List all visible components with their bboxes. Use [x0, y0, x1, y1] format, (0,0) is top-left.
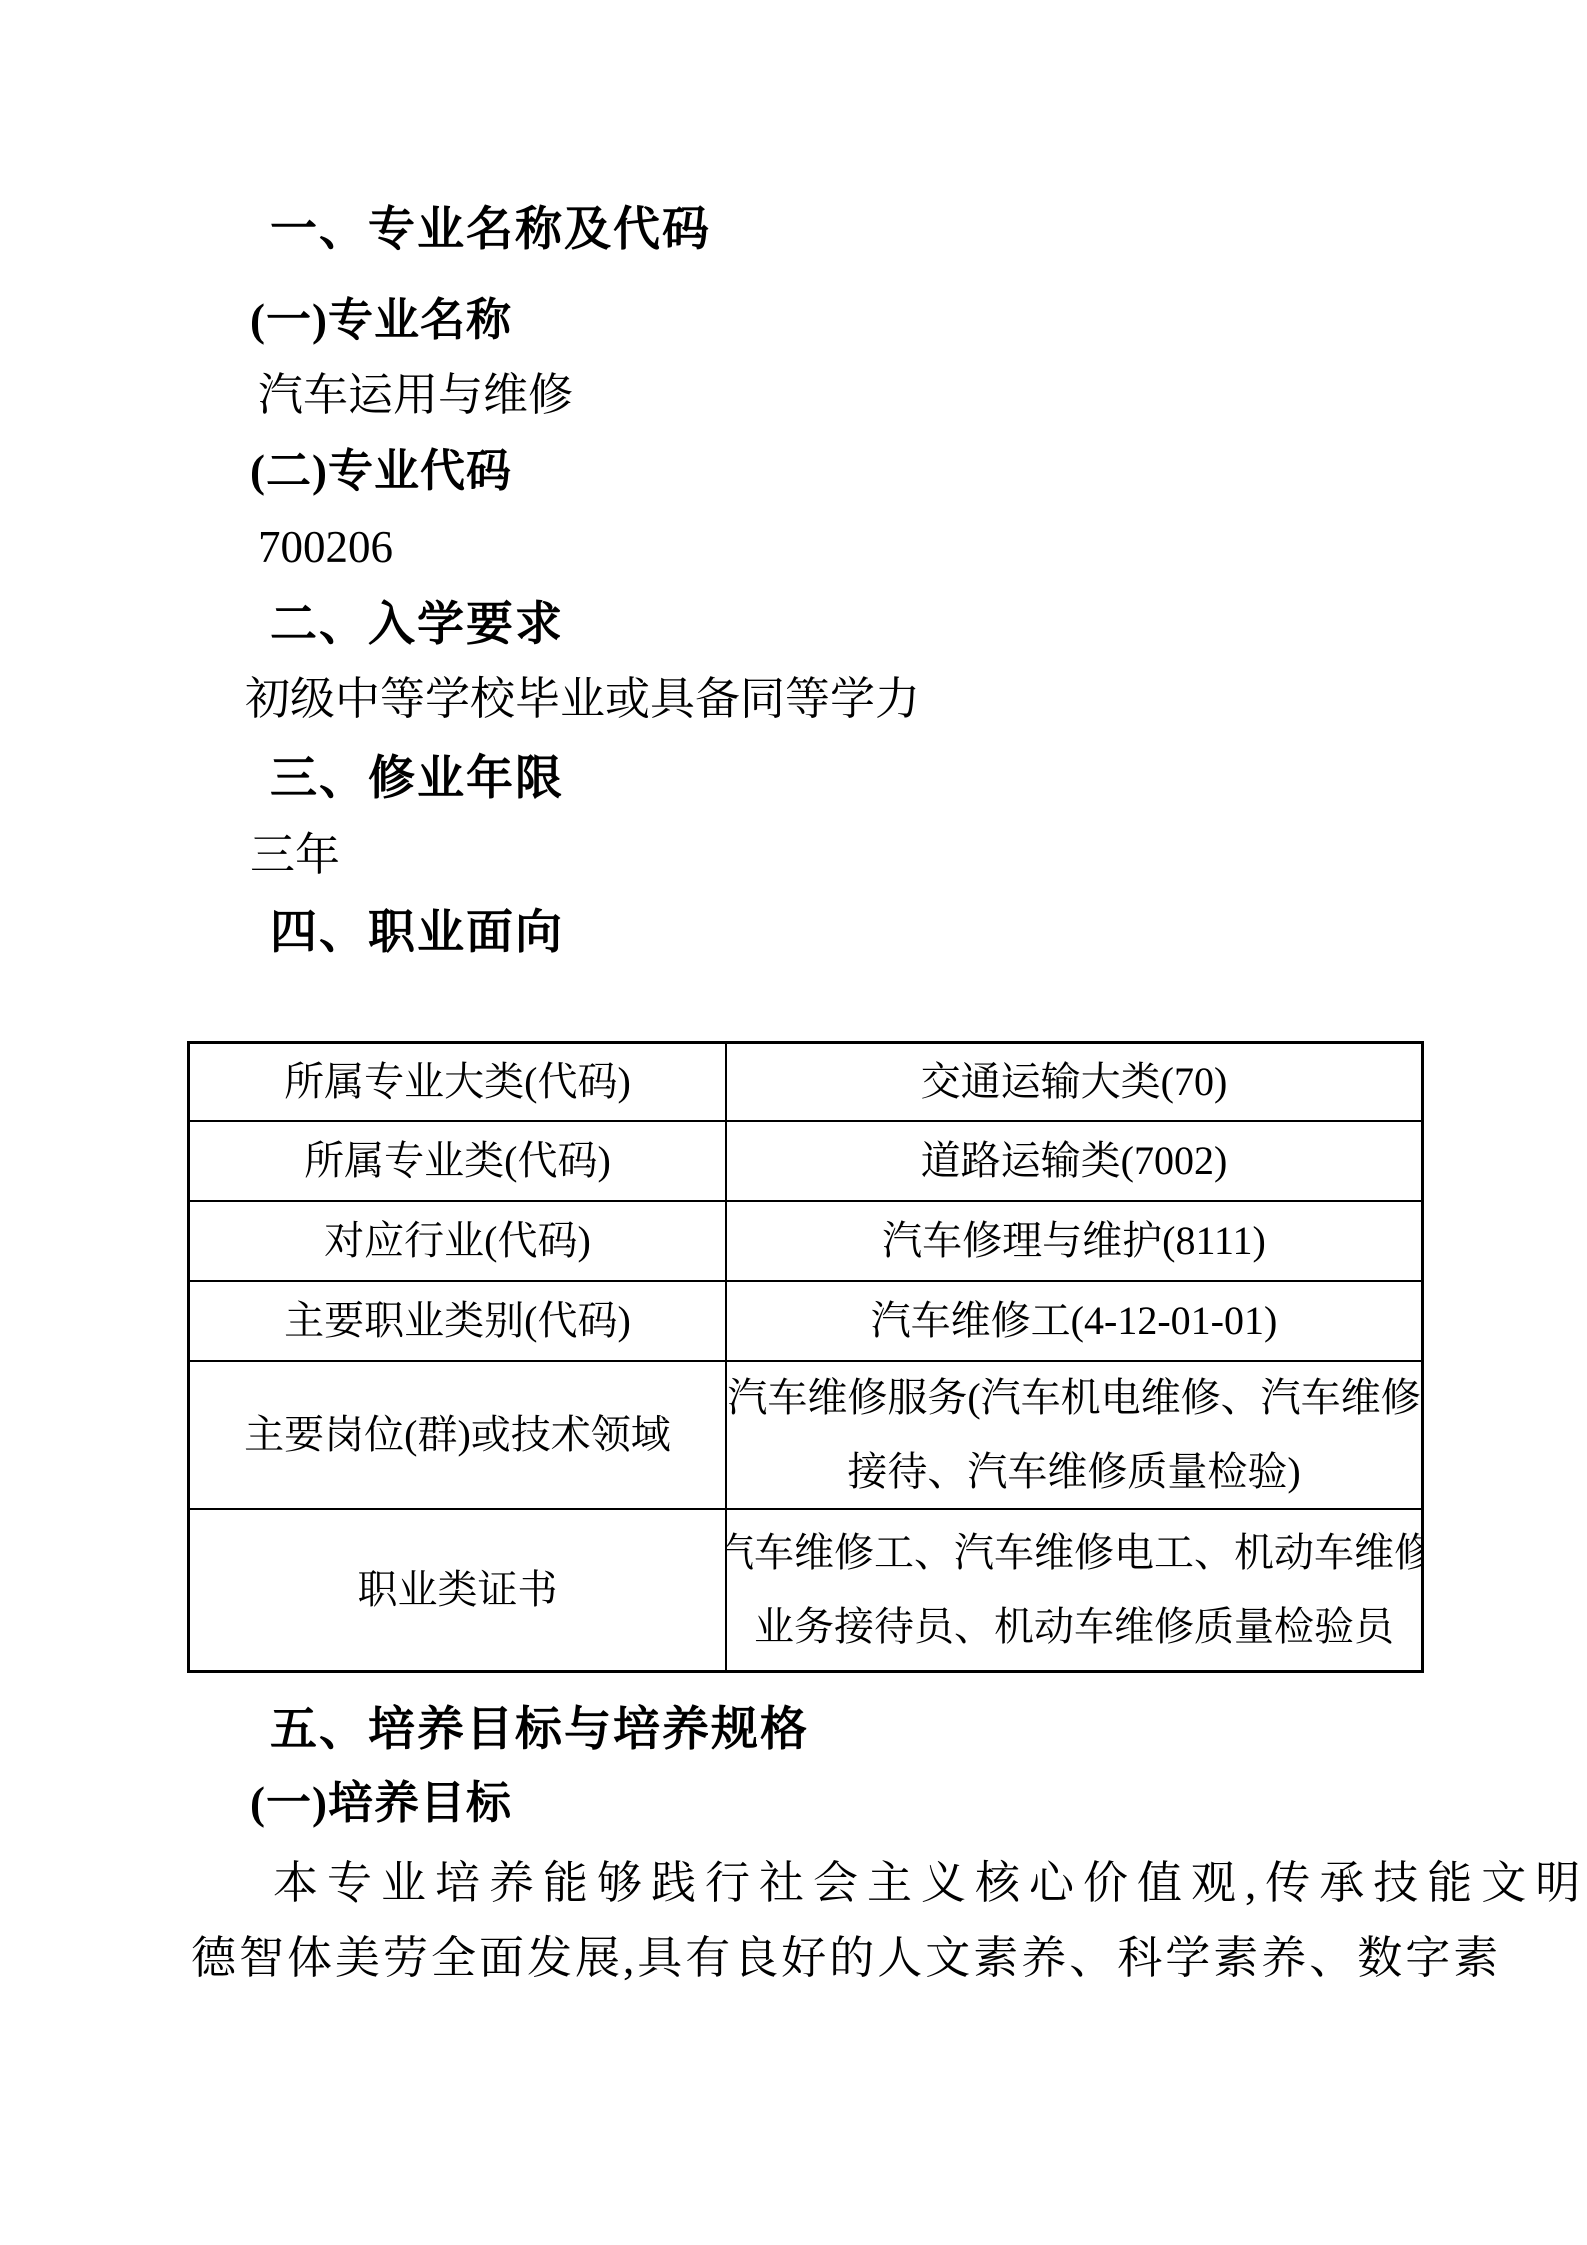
row-value: 汽车维修工、汽车维修电工、机动车维修 业务接待员、机动车维修质量检验员: [727, 1510, 1421, 1670]
paragraph-line: 德智体美劳全面发展,具有良好的人文素养、科学素养、数字素: [191, 1933, 1501, 1983]
row-label: 主要岗位(群)或技术领域: [190, 1362, 727, 1508]
row-label: 所属专业类(代码): [190, 1122, 727, 1200]
section-heading-duration: 三、修业年限: [270, 752, 564, 804]
subsection-heading-name: (一)专业名称: [250, 295, 512, 345]
duration-value: 三年: [250, 830, 340, 880]
row-value: 交通运输大类(70): [727, 1044, 1421, 1120]
row-value: 汽车维修工(4-12-01-01): [727, 1282, 1421, 1360]
table-row: 所属专业大类(代码) 交通运输大类(70): [190, 1044, 1421, 1120]
document-page: 一、专业名称及代码 (一)专业名称 汽车运用与维修 (二)专业代码 700206…: [0, 0, 1587, 2245]
row-value: 道路运输类(7002): [727, 1122, 1421, 1200]
paragraph-line: 本专业培养能够践行社会主义核心价值观,传承技能文明,: [273, 1858, 1587, 1908]
section-heading-career: 四、职业面向: [270, 906, 564, 958]
row-label: 所属专业大类(代码): [190, 1044, 727, 1120]
career-table: 所属专业大类(代码) 交通运输大类(70) 所属专业类(代码) 道路运输类(70…: [187, 1041, 1424, 1673]
table-row: 职业类证书 汽车维修工、汽车维修电工、机动车维修 业务接待员、机动车维修质量检验…: [190, 1508, 1421, 1670]
table-row: 所属专业类(代码) 道路运输类(7002): [190, 1120, 1421, 1200]
section-heading-training: 五、培养目标与培养规格: [270, 1703, 809, 1755]
table-row: 主要岗位(群)或技术领域 汽车维修服务(汽车机电维修、汽车维修 接待、汽车维修质…: [190, 1360, 1421, 1508]
section-heading-admission: 二、入学要求: [270, 598, 564, 650]
row-label: 主要职业类别(代码): [190, 1282, 727, 1360]
table-row: 主要职业类别(代码) 汽车维修工(4-12-01-01): [190, 1280, 1421, 1360]
subsection-heading-training-goal: (一)培养目标: [250, 1778, 512, 1828]
major-name-value: 汽车运用与维修: [258, 370, 573, 420]
admission-requirement-value: 初级中等学校毕业或具备同等学力: [245, 674, 920, 724]
subsection-heading-code: (二)专业代码: [250, 446, 512, 496]
row-label: 职业类证书: [190, 1510, 727, 1670]
row-value: 汽车维修服务(汽车机电维修、汽车维修 接待、汽车维修质量检验): [727, 1362, 1421, 1508]
major-code-value: 700206: [258, 522, 393, 572]
table-row: 对应行业(代码) 汽车修理与维护(8111): [190, 1200, 1421, 1280]
row-value: 汽车修理与维护(8111): [727, 1202, 1421, 1280]
row-label: 对应行业(代码): [190, 1202, 727, 1280]
section-heading-name-code: 一、专业名称及代码: [270, 203, 711, 255]
